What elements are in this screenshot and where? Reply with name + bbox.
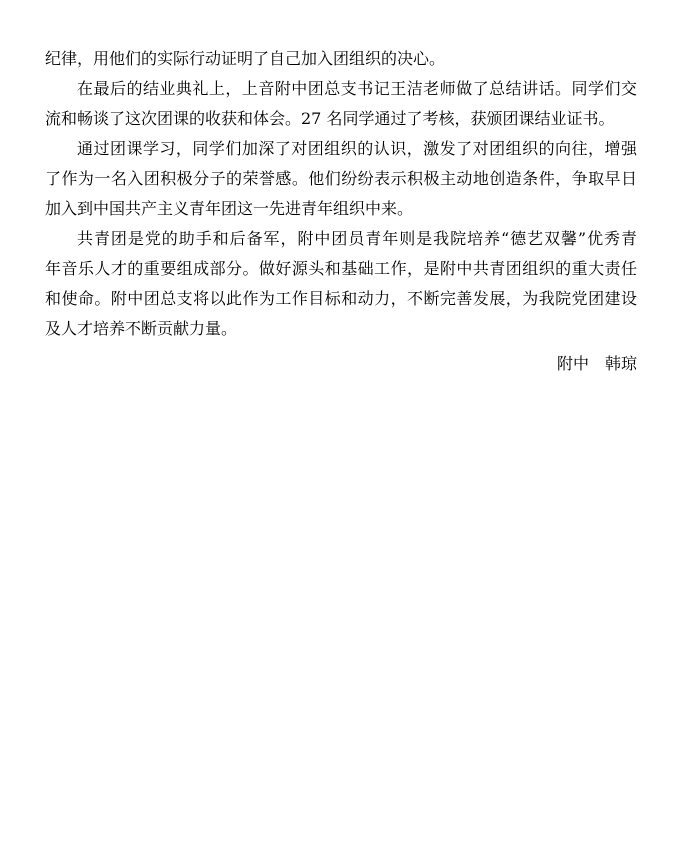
paragraph-line: 及人才培养不断贡献力量。 (45, 314, 637, 344)
paragraph-line: 年音乐人才的重要组成部分。做好源头和基础工作，是附中共青团组织的重大责任 (45, 254, 637, 284)
paragraph-line: 纪律，用他们的实际行动证明了自己加入团组织的决心。 (45, 44, 637, 74)
paragraph-line: 加入到中国共产主义青年团这一先进青年组织中来。 (45, 194, 637, 224)
paragraph-line: 在最后的结业典礼上，上音附中团总支书记王洁老师做了总结讲话。同学们交 (45, 74, 637, 104)
signature-line: 附中 韩琼 (45, 349, 637, 379)
paragraph-line: 通过团课学习，同学们加深了对团组织的认识，激发了对团组织的向往，增强 (45, 134, 637, 164)
paragraph-line: 了作为一名入团积极分子的荣誉感。他们纷纷表示积极主动地创造条件，争取早日 (45, 164, 637, 194)
paragraph-line: 共青团是党的助手和后备军，附中团员青年则是我院培养“德艺双馨”优秀青 (45, 224, 637, 254)
paragraph-line: 和使命。附中团总支将以此作为工作目标和动力，不断完善发展，为我院党团建设 (45, 284, 637, 314)
paragraph-line: 流和畅谈了这次团课的收获和体会。27 名同学通过了考核，获颁团课结业证书。 (45, 104, 637, 134)
document-page: 纪律，用他们的实际行动证明了自己加入团组织的决心。 在最后的结业典礼上，上音附中… (0, 0, 683, 858)
document-text-block: 纪律，用他们的实际行动证明了自己加入团组织的决心。 在最后的结业典礼上，上音附中… (45, 44, 637, 379)
